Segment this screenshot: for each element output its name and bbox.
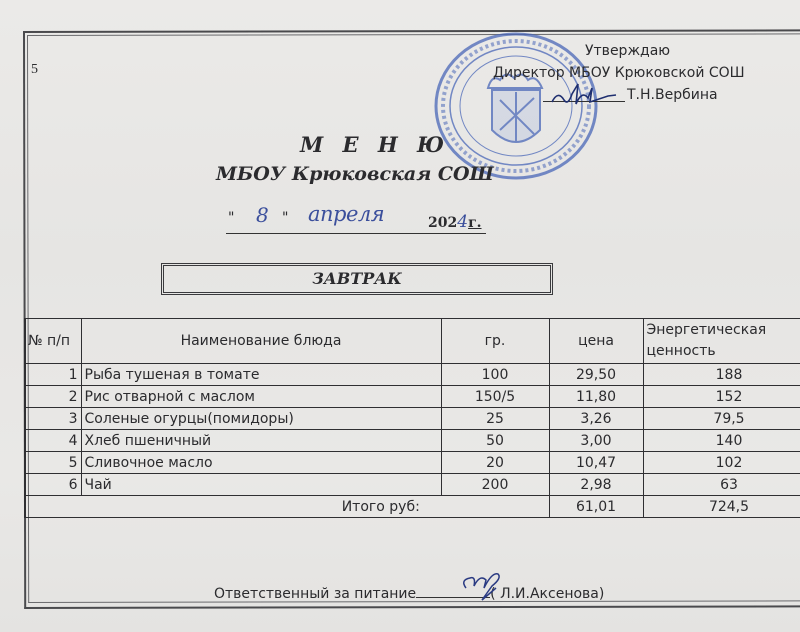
- header-grams: гр.: [441, 319, 549, 364]
- row-num: 4: [25, 430, 81, 452]
- page-number: 5: [31, 62, 38, 78]
- footer-responsible: Ответственный за питание( Л.И.Аксенова): [214, 583, 604, 602]
- date-open-quote: ": [228, 210, 234, 226]
- row-dish-name: Соленые огурцы(помидоры): [81, 408, 441, 430]
- responsible-signature-icon: [458, 570, 508, 604]
- row-dish-name: Чай: [81, 474, 441, 496]
- row-num: 6: [25, 474, 81, 496]
- row-dish-name: Хлеб пшеничный: [81, 430, 441, 452]
- date-day: 8: [256, 203, 269, 227]
- row-grams: 100: [441, 364, 549, 386]
- header-name: Наименование блюда: [81, 319, 441, 364]
- header-price: цена: [549, 319, 643, 364]
- row-energy: 188: [643, 364, 800, 386]
- date-year-handwritten: 4: [457, 212, 468, 232]
- header-num: № п/п: [25, 319, 81, 364]
- school-name: МБОУ Крюковская СОШ: [216, 163, 494, 185]
- row-grams: 200: [441, 474, 549, 496]
- director-signature-icon: [548, 80, 618, 110]
- row-num: 1: [25, 364, 81, 386]
- row-energy: 102: [643, 452, 800, 474]
- date-year-unit: г.: [468, 215, 481, 231]
- table-row: 6Чай2002,9863: [25, 474, 800, 496]
- row-price: 2,98: [549, 474, 643, 496]
- table-row: 5Сливочное масло2010,47102: [25, 452, 800, 474]
- table-total-row: Итого руб: 61,01 724,5: [25, 496, 800, 518]
- table-row: 1Рыба тушеная в томате10029,50188: [25, 364, 800, 386]
- row-price: 10,47: [549, 452, 643, 474]
- row-grams: 25: [441, 408, 549, 430]
- table-row: 3Соленые огурцы(помидоры)253,2679,5: [25, 408, 800, 430]
- date-year-printed: 202: [428, 215, 457, 231]
- meal-heading: ЗАВТРАК: [312, 269, 402, 288]
- table-row: 2Рис отварной с маслом150/511,80152: [25, 386, 800, 408]
- menu-table: № п/п Наименование блюда гр. цена Энерге…: [24, 318, 800, 518]
- footer-label: Ответственный за питание: [214, 586, 416, 602]
- row-num: 5: [25, 452, 81, 474]
- approval-line-3: Т.Н.Вербина: [627, 84, 718, 106]
- approval-block: Утверждаю Директор МБОУ Крюковской СОШ Т…: [585, 40, 670, 62]
- row-energy: 152: [643, 386, 800, 408]
- row-price: 3,26: [549, 408, 643, 430]
- date-year: 2024г.: [428, 212, 482, 232]
- row-energy: 79,5: [643, 408, 800, 430]
- row-grams: 50: [441, 430, 549, 452]
- row-price: 29,50: [549, 364, 643, 386]
- page-title: М Е Н Ю: [300, 132, 450, 157]
- date-month: апреля: [308, 202, 384, 226]
- approval-line-1: Утверждаю: [585, 40, 670, 62]
- row-price: 11,80: [549, 386, 643, 408]
- row-energy: 63: [643, 474, 800, 496]
- table-header-row: № п/п Наименование блюда гр. цена Энерге…: [25, 319, 800, 364]
- meal-heading-box: ЗАВТРАК: [161, 263, 553, 295]
- table-empty-row: [25, 518, 800, 519]
- table-row: 4Хлеб пшеничный503,00140: [25, 430, 800, 452]
- row-dish-name: Рыба тушеная в томате: [81, 364, 441, 386]
- total-energy: 724,5: [643, 496, 800, 518]
- row-num: 3: [25, 408, 81, 430]
- total-price: 61,01: [549, 496, 643, 518]
- row-grams: 150/5: [441, 386, 549, 408]
- row-energy: 140: [643, 430, 800, 452]
- row-dish-name: Рис отварной с маслом: [81, 386, 441, 408]
- approval-line-2: Директор МБОУ Крюковской СОШ: [493, 62, 745, 84]
- row-num: 2: [25, 386, 81, 408]
- row-price: 3,00: [549, 430, 643, 452]
- row-dish-name: Сливочное масло: [81, 452, 441, 474]
- total-label: Итого руб:: [25, 496, 549, 518]
- header-energy: Энергетическая ценность: [643, 319, 800, 364]
- table-bottom-border: [25, 518, 800, 519]
- row-grams: 20: [441, 452, 549, 474]
- date-close-quote: ": [282, 210, 288, 226]
